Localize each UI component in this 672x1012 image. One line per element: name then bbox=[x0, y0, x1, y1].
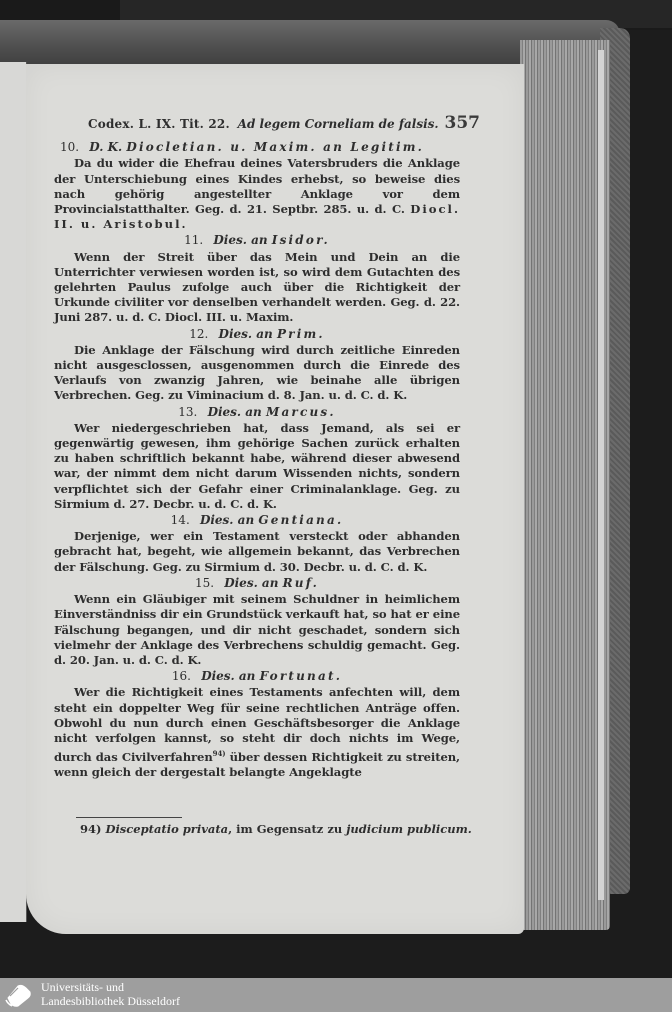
book-page-edges bbox=[520, 40, 610, 930]
section-text-14: Derjenige, wer ein Testament versteckt o… bbox=[54, 529, 460, 575]
running-head-title: Ad legem Corneliam de falsis. bbox=[238, 117, 439, 131]
section-heading-12: 12. Dies. an Prim. bbox=[54, 327, 460, 342]
section-heading-15: 15. Dies. an Ruf. bbox=[54, 576, 460, 591]
section-text-13: Wer niedergeschrieben hat, dass Jemand, … bbox=[54, 421, 460, 512]
running-head: Codex. L. IX. Tit. 22. Ad legem Cornelia… bbox=[54, 116, 480, 132]
section-heading-11: 11. Dies. an Isidor. bbox=[54, 233, 460, 248]
section-text-15: Wenn ein Gläubiger mit seinem Schuldner … bbox=[54, 592, 460, 668]
page-number: 357 bbox=[445, 116, 481, 131]
footnote-marker: 94) bbox=[80, 822, 101, 836]
section-heading-10: 10. D. K. Diocletian. u. Maxim. an Legit… bbox=[54, 140, 460, 155]
section-text-12: Die Anklage der Fälschung wird durch zei… bbox=[54, 343, 460, 404]
section-text-10: Da du wider die Ehefrau deines Vatersbru… bbox=[54, 156, 460, 232]
left-page-sliver bbox=[0, 62, 27, 922]
running-head-left: Codex. L. IX. Tit. 22. Ad legem Cornelia… bbox=[88, 117, 439, 132]
section-text-16: Wer die Richtigkeit eines Testaments anf… bbox=[54, 685, 460, 780]
footnote: 94) Disceptatio privata, im Gegensatz zu… bbox=[80, 822, 480, 836]
library-logo-icon bbox=[4, 982, 34, 1008]
section-heading-16: 16. Dies. an Fortunat. bbox=[54, 669, 460, 684]
library-name: Universitäts- und Landesbibliothek Düsse… bbox=[41, 980, 180, 1008]
footnote-divider bbox=[76, 817, 182, 818]
footnote-reference: 94) bbox=[213, 749, 226, 758]
section-heading-14: 14. Dies. an Gentiana. bbox=[54, 513, 460, 528]
page-text: Codex. L. IX. Tit. 22. Ad legem Cornelia… bbox=[54, 116, 460, 780]
section-text-11: Wenn der Streit über das Mein und Dein a… bbox=[54, 250, 460, 326]
section-heading-13: 13. Dies. an Marcus. bbox=[54, 405, 460, 420]
